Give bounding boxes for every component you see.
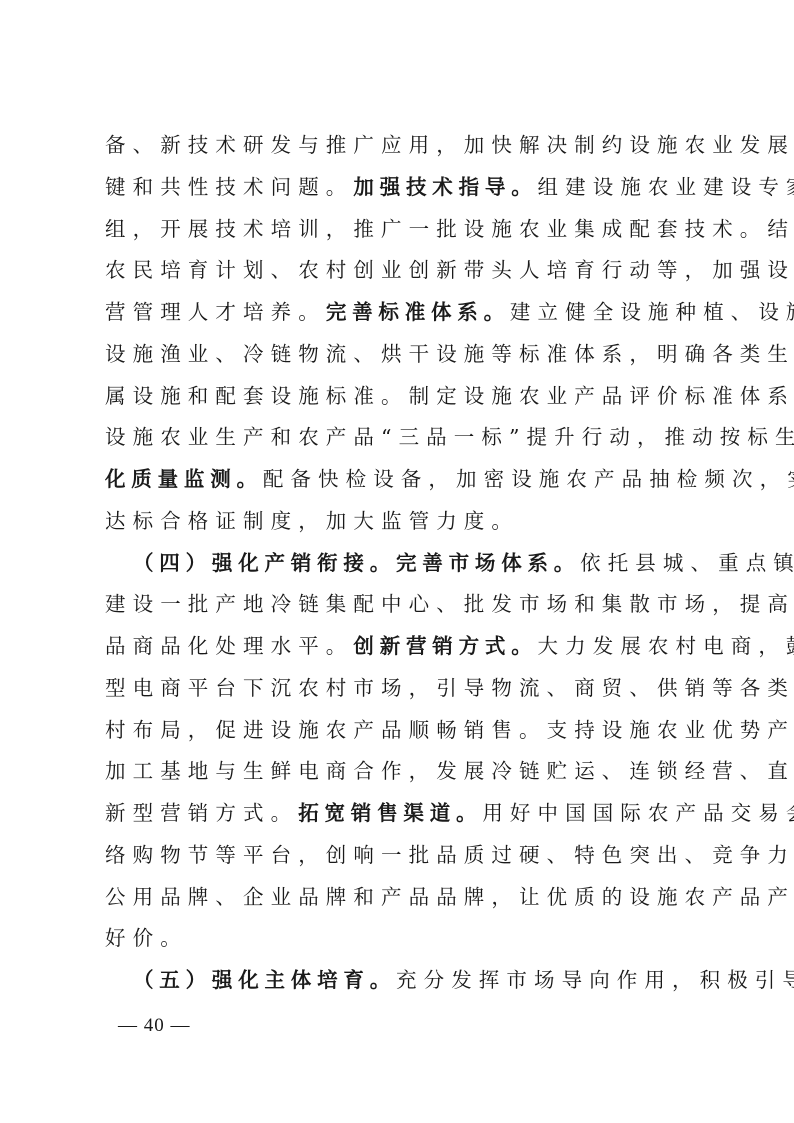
text-segment: 依托县城、重点镇布局 (580, 551, 794, 575)
text-line: 备、新技术研发与推广应用，加快解决制约设施农业发展的重大关 (105, 125, 691, 167)
text-line: 设施农业生产和农产品“三品一标”提升行动，推动按标生产。强 (105, 417, 691, 459)
text-segment: 建立健全设施种植、设施畜牧、 (510, 300, 794, 324)
text-line: 加工基地与生鲜电商合作，发展冷链贮运、连锁经营、直采直供等 (105, 751, 691, 793)
text-line: 公用品牌、企业品牌和产品品牌，让优质的设施农产品产得好、卖 (105, 877, 691, 919)
bold-heading-quality-monitoring-end: 化质量监测。 (105, 467, 263, 491)
document-page: 备、新技术研发与推广应用，加快解决制约设施农业发展的重大关 键和共性技术问题。加… (0, 0, 794, 1123)
bold-heading-innovate-marketing: 创新营销方式。 (353, 634, 537, 658)
text-segment: 村布局，促进设施农产品顺畅销售。支持设施农业优势产地、产品 (105, 718, 794, 742)
body-text: 备、新技术研发与推广应用，加快解决制约设施农业发展的重大关 键和共性技术问题。加… (105, 125, 691, 1002)
text-segment: 络购物节等平台，创响一批品质过硬、特色突出、竞争力强的区域 (105, 843, 794, 867)
text-segment: 设施渔业、冷链物流、烘干设施等标准体系，明确各类生产设施、附 (105, 342, 794, 366)
bold-heading-strengthen-technical-guidance: 加强技术指导。 (353, 175, 537, 199)
text-segment: 组建设施农业建设专家指导 (538, 175, 794, 199)
page-number: — 40 — (118, 1015, 191, 1037)
text-segment: 配备快检设备，加密设施农产品抽检频次，实施承诺 (263, 467, 794, 491)
text-segment: 备、新技术研发与推广应用，加快解决制约设施农业发展的重大关 (105, 133, 794, 157)
text-segment: 好价。 (105, 926, 188, 950)
text-segment: 键和共性技术问题。 (105, 175, 353, 199)
text-segment: 达标合格证制度，加大监管力度。 (105, 509, 519, 533)
section-heading-line-4: （四）强化产销衔接。完善市场体系。依托县城、重点镇布局 (105, 543, 691, 585)
text-segment: 用好中国国际农产品交易会、网 (482, 801, 794, 825)
section-heading-line-5: （五）强化主体培育。充分发挥市场导向作用，积极引导各类 (105, 960, 691, 1002)
text-segment: 设施农业生产和农产品“三品一标”提升行动，推动按标生产。 (105, 425, 794, 449)
text-line: 化质量监测。配备快检设备，加密设施农产品抽检频次，实施承诺 (105, 459, 691, 501)
text-segment: 建设一批产地冷链集配中心、批发市场和集散市场，提高设施农产 (105, 592, 794, 616)
text-line: 品商品化处理水平。创新营销方式。大力发展农村电商，鼓励大 (105, 626, 691, 668)
section-heading-production-marketing: （四）强化产销衔接。完善市场体系。 (133, 551, 580, 575)
text-line: 键和共性技术问题。加强技术指导。组建设施农业建设专家指导 (105, 167, 691, 209)
text-segment: 组，开展技术培训，推广一批设施农业集成配套技术。结合高素质 (105, 217, 794, 241)
text-segment: 农民培育计划、农村创业创新带头人培育行动等，加强设施农业经 (105, 258, 794, 282)
text-line: 好价。 (105, 918, 691, 960)
text-segment: 营管理人才培养。 (105, 300, 326, 324)
text-segment: 大力发展农村电商，鼓励大 (538, 634, 794, 658)
text-segment: 充分发挥市场导向作用，积极引导各类 (396, 968, 794, 992)
text-line: 农民培育计划、农村创业创新带头人培育行动等，加强设施农业经 (105, 250, 691, 292)
text-segment: 新型营销方式。 (105, 801, 298, 825)
text-line: 设施渔业、冷链物流、烘干设施等标准体系，明确各类生产设施、附 (105, 334, 691, 376)
text-segment: 公用品牌、企业品牌和产品品牌，让优质的设施农产品产得好、卖 (105, 885, 794, 909)
bold-heading-expand-sales-channels: 拓宽销售渠道。 (298, 801, 482, 825)
text-segment: 加工基地与生鲜电商合作，发展冷链贮运、连锁经营、直采直供等 (105, 759, 794, 783)
text-line: 新型营销方式。拓宽销售渠道。用好中国国际农产品交易会、网 (105, 793, 691, 835)
text-segment: 属设施和配套设施标准。制定设施农业产品评价标准体系，实施 (105, 384, 794, 408)
text-line: 属设施和配套设施标准。制定设施农业产品评价标准体系，实施 (105, 376, 691, 418)
text-line: 型电商平台下沉农村市场，引导物流、商贸、供销等各类主体到乡 (105, 668, 691, 710)
text-line: 络购物节等平台，创响一批品质过硬、特色突出、竞争力强的区域 (105, 835, 691, 877)
text-segment: 型电商平台下沉农村市场，引导物流、商贸、供销等各类主体到乡 (105, 676, 794, 700)
text-line: 达标合格证制度，加大监管力度。 (105, 501, 691, 543)
section-heading-cultivate-entities: （五）强化主体培育。 (133, 968, 396, 992)
text-segment: 品商品化处理水平。 (105, 634, 353, 658)
bold-heading-improve-standards: 完善标准体系。 (326, 300, 510, 324)
text-line: 建设一批产地冷链集配中心、批发市场和集散市场，提高设施农产 (105, 584, 691, 626)
text-line: 村布局，促进设施农产品顺畅销售。支持设施农业优势产地、产品 (105, 710, 691, 752)
text-line: 营管理人才培养。完善标准体系。建立健全设施种植、设施畜牧、 (105, 292, 691, 334)
text-line: 组，开展技术培训，推广一批设施农业集成配套技术。结合高素质 (105, 209, 691, 251)
